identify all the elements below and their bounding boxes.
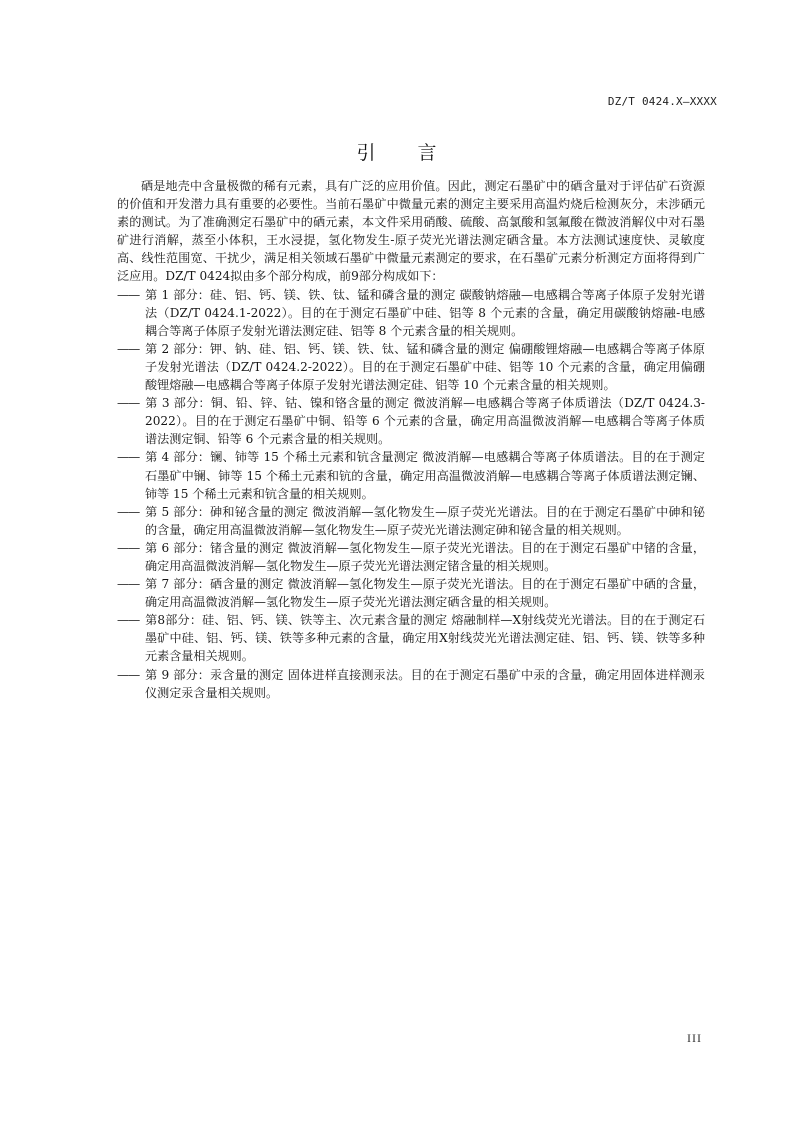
part-text: 第 7 部分：硒含量的测定 微波消解—氢化物发生—原子荧光光谱法。目的在于测定石… xyxy=(145,577,705,609)
em-dash: —— xyxy=(117,666,145,684)
part-item-7: ——第 7 部分：硒含量的测定 微波消解—氢化物发生—原子荧光光谱法。目的在于测… xyxy=(117,575,705,611)
em-dash: —— xyxy=(117,286,145,304)
em-dash: —— xyxy=(117,448,145,466)
part-item-9: ——第 9 部分：汞含量的测定 固体进样直接测汞法。目的在于测定石墨矿中汞的含量… xyxy=(117,666,705,702)
standard-code-header: DZ/T 0424.X—XXXX xyxy=(608,95,717,108)
document-body: 硒是地壳中含量极微的稀有元素，具有广泛的应用价值。因此，测定石墨矿中的硒含量对于… xyxy=(117,177,705,702)
part-item-6: ——第 6 部分：锗含量的测定 微波消解—氢化物发生—原子荧光光谱法。目的在于测… xyxy=(117,539,705,575)
part-text: 第 4 部分：镧、铈等 15 个稀土元素和钪含量测定 微波消解—电感耦合等离子体… xyxy=(145,450,705,500)
part-text: 第 3 部分：铜、铅、锌、钴、镍和铬含量的测定 微波消解—电感耦合等离子体质谱法… xyxy=(145,396,705,446)
part-item-1: ——第 1 部分：硅、铝、钙、镁、铁、钛、锰和磷含量的测定 碳酸钠熔融—电感耦合… xyxy=(117,286,705,340)
part-text: 第 2 部分：钾、钠、硅、铝、钙、镁、铁、钛、锰和磷含量的测定 偏硼酸锂熔融—电… xyxy=(145,342,705,392)
em-dash: —— xyxy=(117,575,145,593)
part-item-5: ——第 5 部分：砷和铋含量的测定 微波消解—氢化物发生—原子荧光光谱法。目的在… xyxy=(117,503,705,539)
part-text: 第 1 部分：硅、铝、钙、镁、铁、钛、锰和磷含量的测定 碳酸钠熔融—电感耦合等离… xyxy=(145,288,705,338)
part-text: 第 6 部分：锗含量的测定 微波消解—氢化物发生—原子荧光光谱法。目的在于测定石… xyxy=(145,541,705,573)
title-char-1: 引 xyxy=(356,138,375,165)
intro-paragraph: 硒是地壳中含量极微的稀有元素，具有广泛的应用价值。因此，测定石墨矿中的硒含量对于… xyxy=(117,177,705,286)
em-dash: —— xyxy=(117,539,145,557)
part-text: 第 9 部分：汞含量的测定 固体进样直接测汞法。目的在于测定石墨矿中汞的含量，确… xyxy=(145,668,705,700)
part-text: 第 5 部分：砷和铋含量的测定 微波消解—氢化物发生—原子荧光光谱法。目的在于测… xyxy=(145,505,705,537)
em-dash: —— xyxy=(117,503,145,521)
part-item-2: ——第 2 部分：钾、钠、硅、铝、钙、镁、铁、钛、锰和磷含量的测定 偏硼酸锂熔融… xyxy=(117,340,705,394)
part-item-3: ——第 3 部分：铜、铅、锌、钴、镍和铬含量的测定 微波消解—电感耦合等离子体质… xyxy=(117,394,705,448)
part-item-8: ——第8部分：硅、铝、钙、镁、铁等主、次元素含量的测定 熔融制样—X射线荧光光谱… xyxy=(117,611,705,665)
part-item-4: ——第 4 部分：镧、铈等 15 个稀土元素和钪含量测定 微波消解—电感耦合等离… xyxy=(117,448,705,502)
page-title: 引言 xyxy=(0,138,793,165)
title-char-2: 言 xyxy=(418,138,437,165)
em-dash: —— xyxy=(117,611,145,629)
em-dash: —— xyxy=(117,394,145,412)
page-number: III xyxy=(687,1031,702,1046)
part-text: 第8部分：硅、铝、钙、镁、铁等主、次元素含量的测定 熔融制样—X射线荧光光谱法。… xyxy=(145,613,705,663)
em-dash: —— xyxy=(117,340,145,358)
